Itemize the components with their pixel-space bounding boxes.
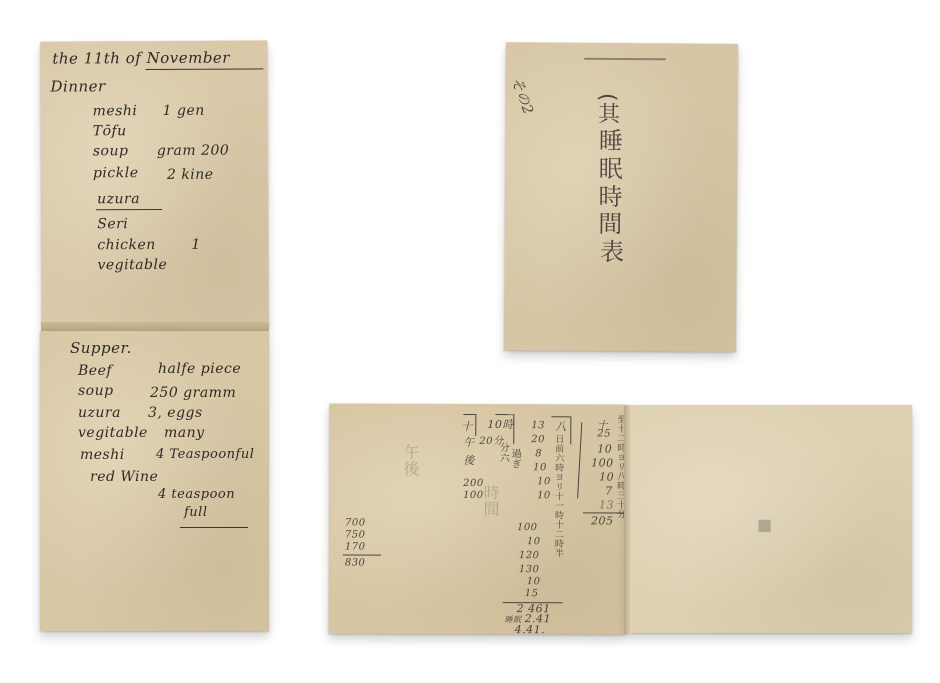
item-line: uzura <box>78 405 121 421</box>
col-divider <box>577 422 582 498</box>
qty-line: 4 teaspoon <box>158 487 235 502</box>
item-line: soup <box>93 143 129 159</box>
item-line: meshi <box>80 447 125 463</box>
horizontal-notebook-right-page: ■ <box>627 405 912 633</box>
horizontal-notebook-spine <box>624 406 632 634</box>
cover-title-char: 表 <box>597 239 623 264</box>
col3-value: 100 <box>517 522 538 533</box>
item-line: chicken <box>97 237 156 253</box>
tally-value: 700 <box>345 518 366 529</box>
qty-line: 2 kine <box>167 167 214 183</box>
col4-value: 13 <box>599 498 614 511</box>
result-2: 4.41. <box>515 623 546 636</box>
col2-header: 10時 <box>487 416 514 432</box>
item-line: vegitable <box>97 257 167 273</box>
col4-value: 25 <box>597 428 611 439</box>
item-line: Beef <box>78 363 112 379</box>
cover-title-char: 睡 <box>595 128 621 153</box>
col3-value: 10 <box>527 576 541 587</box>
left-notebook-bottom-page: Supper. Beef halfe piece soup 250 gramm … <box>40 331 269 631</box>
qty-line: full <box>184 505 208 520</box>
col3-header: 八 <box>555 418 567 434</box>
col1-value: 午 <box>463 434 475 450</box>
qty-line: 4 Teaspoonful <box>156 447 254 462</box>
qty-line: many <box>164 425 205 441</box>
col3-value: 10 <box>527 536 541 547</box>
tally-rule <box>343 555 381 556</box>
col1-value: 後 <box>463 452 475 468</box>
cover-notebook: その2 (其 睡 眠 時 間 表 <box>504 42 738 352</box>
col1-value: 200 <box>463 478 484 489</box>
col3-value: 13 <box>531 420 545 431</box>
closing-underline <box>180 527 248 528</box>
col-bracket <box>570 416 571 444</box>
col2-value: 過ぎ <box>507 448 522 469</box>
col-bracket <box>475 414 476 436</box>
item-line: red Wine <box>90 469 158 485</box>
cover-title-char: 眠 <box>595 156 621 181</box>
left-notebook-top-page: the 11th of November Dinner meshi 1 gen … <box>40 40 269 329</box>
item-underline <box>96 209 162 210</box>
col3-value: 130 <box>519 564 540 575</box>
col3-value: 8 <box>535 448 542 459</box>
item-line: Tōfu <box>93 123 127 139</box>
col4-value: 7 <box>605 484 613 497</box>
bleed-through-text: 午後 <box>399 444 422 477</box>
col1-value: 100 <box>463 490 484 501</box>
heading-underline <box>145 68 263 70</box>
date-heading: the 11th of November <box>52 49 230 68</box>
item-line: vegitable <box>78 425 148 441</box>
item-line: uzura <box>97 191 140 207</box>
qty-line: gram 200 <box>157 143 230 159</box>
qty-line: halfe piece <box>158 361 241 377</box>
bleed-through-text: ■ <box>757 515 773 534</box>
staple <box>584 58 666 61</box>
cover-side-note: その2 <box>507 74 539 117</box>
col-bracket <box>463 414 475 415</box>
qty-line: 1 <box>191 237 201 253</box>
qty-line: 3, eggs <box>148 405 203 421</box>
cover-title-char: (其 <box>594 93 620 125</box>
item-line: meshi <box>93 103 138 119</box>
col3-text: 日前六時ヨリ十一時十二時半 <box>553 434 563 558</box>
col3-value: 20 <box>531 434 545 445</box>
item-line: pickle <box>93 165 139 181</box>
col3-value: 15 <box>525 588 539 599</box>
col4-total: 205 <box>591 514 614 527</box>
col3-value: 10 <box>537 476 551 487</box>
horizontal-notebook-left-page: 700 750 170 830 午後 時間 十 午 後 200 100 10時 … <box>329 403 628 634</box>
col-bracket <box>495 414 513 415</box>
section-supper: Supper. <box>70 339 132 357</box>
col1-value: 十 <box>461 418 473 434</box>
tally-value: 750 <box>345 530 366 541</box>
col3-value: 10 <box>533 462 547 473</box>
qty-line: 1 gen <box>163 103 205 119</box>
cover-title-char: 時 <box>595 184 621 209</box>
cover-title-char: 間 <box>595 211 621 236</box>
col3-value: 120 <box>519 550 540 561</box>
tally-total: 830 <box>345 558 366 569</box>
col3-value: 10 <box>537 490 551 501</box>
col-bracket <box>551 416 570 417</box>
col4-value: 100 <box>591 456 614 469</box>
section-dinner: Dinner <box>50 77 105 95</box>
col4-value: 10 <box>597 442 612 455</box>
qty-line: 250 gramm <box>150 385 236 401</box>
tally-value: 170 <box>345 542 366 553</box>
item-line: soup <box>78 383 114 399</box>
col4-value: 10 <box>599 470 614 483</box>
item-line: Seri <box>97 216 128 232</box>
